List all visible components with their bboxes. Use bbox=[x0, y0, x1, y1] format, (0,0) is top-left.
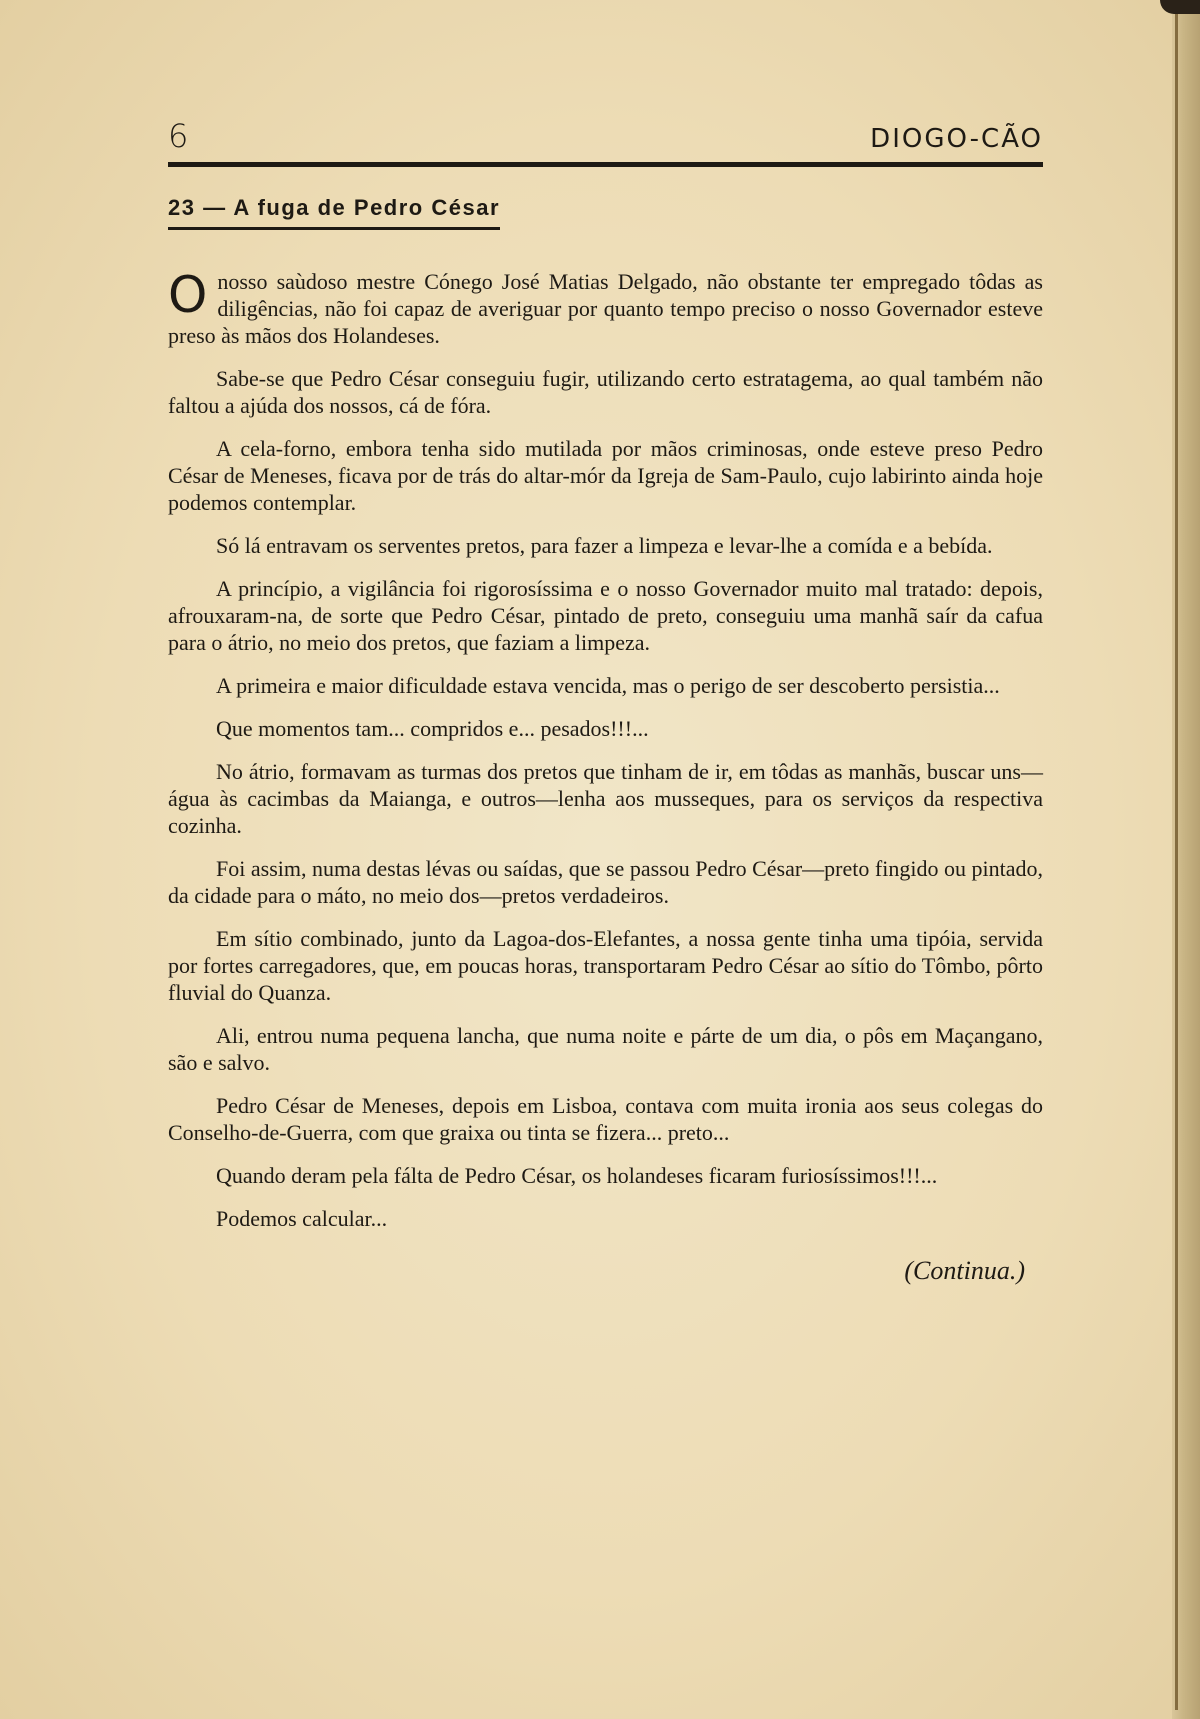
paragraph: Sabe-se que Pedro César conseguiu fugir,… bbox=[168, 365, 1043, 419]
paragraph: Pedro César de Meneses, depois em Lisboa… bbox=[168, 1092, 1043, 1146]
paragraph: Só lá entravam os serventes pretos, para… bbox=[168, 532, 1043, 559]
paragraph: Quando deram pela fálta de Pedro César, … bbox=[168, 1162, 1043, 1189]
running-title: DIOGO-CÃO bbox=[870, 126, 1043, 152]
article-body: O nosso saùdoso mestre Cónego José Matia… bbox=[168, 268, 1043, 1232]
drop-cap: O bbox=[168, 272, 207, 318]
paragraph: Ali, entrou numa pequena lancha, que num… bbox=[168, 1022, 1043, 1076]
paragraph: Que momentos tam... compridos e... pesad… bbox=[168, 715, 1043, 742]
article-title: 23 — A fuga de Pedro César bbox=[168, 195, 500, 230]
paragraph: Em sítio combinado, junto da Lagoa-dos-E… bbox=[168, 925, 1043, 1006]
paragraph: Foi assim, numa destas lévas ou saídas, … bbox=[168, 855, 1043, 909]
page-header: 6 DIOGO-CÃO bbox=[168, 108, 1043, 152]
page-number: 6 bbox=[168, 120, 188, 152]
continuation-note: (Continua.) bbox=[168, 1256, 1043, 1286]
paragraph: O nosso saùdoso mestre Cónego José Matia… bbox=[168, 268, 1043, 349]
paragraph: A princípio, a vigilância foi rigorosíss… bbox=[168, 575, 1043, 656]
paragraph: A primeira e maior dificuldade estava ve… bbox=[168, 672, 1043, 699]
paragraph: A cela-forno, embora tenha sido mutilada… bbox=[168, 435, 1043, 516]
document-page: 6 DIOGO-CÃO 23 — A fuga de Pedro César O… bbox=[168, 108, 1043, 1286]
header-rule bbox=[168, 162, 1043, 167]
page-corner bbox=[1160, 0, 1200, 14]
paragraph: Podemos calcular... bbox=[168, 1205, 1043, 1232]
paragraph: No átrio, formavam as turmas dos pretos … bbox=[168, 758, 1043, 839]
binding-shadow bbox=[1175, 10, 1178, 1710]
